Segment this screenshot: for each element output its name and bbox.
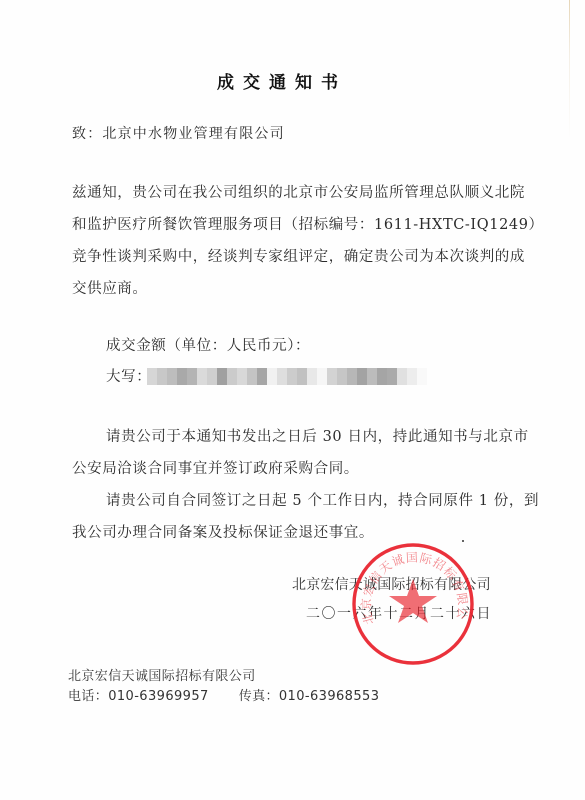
mosaic-block <box>157 368 167 385</box>
amount-words-label: 大写： <box>106 367 151 387</box>
scan-edge-line <box>569 0 570 140</box>
mosaic-block <box>407 368 417 385</box>
mosaic-block <box>367 368 377 385</box>
document-page: 成交通知书 致：北京中水物业管理有限公司 兹通知，贵公司在我公司组织的北京市公安… <box>0 0 585 800</box>
mosaic-block <box>307 368 317 385</box>
mosaic-block <box>167 368 177 385</box>
fax-number: 010-63968553 <box>279 689 379 704</box>
mosaic-block <box>397 368 407 385</box>
mosaic-block <box>387 368 397 385</box>
paragraph-2-line-1: 请贵公司于本通知书发出之日后 30 日内，持此通知书与北京市 <box>106 427 529 447</box>
paragraph-3-line-1: 请贵公司自合同签订之日起 5 个工作日内，持合同原件 1 份，到 <box>106 491 539 511</box>
paragraph-3-line-2: 我公司办理合同备案及投标保证金退还事宜。 <box>72 523 374 543</box>
phone-number: 010-63969957 <box>108 689 208 704</box>
mosaic-block <box>417 368 427 385</box>
mosaic-block <box>377 368 387 385</box>
mosaic-block <box>237 368 247 385</box>
paragraph-2-line-2: 公安局洽谈合同事宜并签订政府采购合同。 <box>72 459 359 479</box>
signature-date: 二〇一六年十二月二十六日 <box>306 603 492 623</box>
mosaic-block <box>207 368 217 385</box>
mosaic-block <box>277 368 287 385</box>
mosaic-block <box>227 368 237 385</box>
mosaic-block <box>187 368 197 385</box>
mosaic-block <box>217 368 227 385</box>
mosaic-block <box>357 368 367 385</box>
mosaic-block <box>147 368 157 385</box>
mosaic-block <box>347 368 357 385</box>
paragraph-1-line-4: 交供应商。 <box>72 279 148 299</box>
paragraph-1-line-1: 兹通知，贵公司在我公司组织的北京市公安局监所管理总队顺义北院 <box>72 183 525 203</box>
mosaic-block <box>327 368 337 385</box>
paragraph-1-line-2: 和监护医疗所餐饮管理服务项目（招标编号：1611-HXTC-IQ1249） <box>72 215 544 235</box>
mosaic-block <box>337 368 347 385</box>
paragraph-1-line-3: 竞争性谈判采购中，经谈判专家组评定，确定贵公司为本次谈判的成 <box>72 247 525 267</box>
mosaic-block <box>287 368 297 385</box>
phone-label: 电话： <box>68 689 108 704</box>
mosaic-block <box>317 368 327 385</box>
amount-label: 成交金额（单位：人民币元）： <box>106 336 310 356</box>
scan-speck <box>462 540 464 542</box>
signature-company: 北京宏信天诚国际招标有限公司 <box>292 574 491 594</box>
fax-label: 传真： <box>239 689 279 704</box>
addressee: 致：北京中水物业管理有限公司 <box>72 124 285 144</box>
mosaic-block <box>297 368 307 385</box>
mosaic-block <box>257 368 267 385</box>
mosaic-block <box>247 368 257 385</box>
mosaic-block <box>177 368 187 385</box>
footer-company: 北京宏信天诚国际招标有限公司 <box>68 665 256 684</box>
redacted-amount-mosaic <box>147 368 427 385</box>
document-title: 成交通知书 <box>217 68 347 93</box>
mosaic-block <box>197 368 207 385</box>
mosaic-block <box>267 368 277 385</box>
footer-contact: 电话：010-63969957传真：010-63968553 <box>68 685 379 704</box>
